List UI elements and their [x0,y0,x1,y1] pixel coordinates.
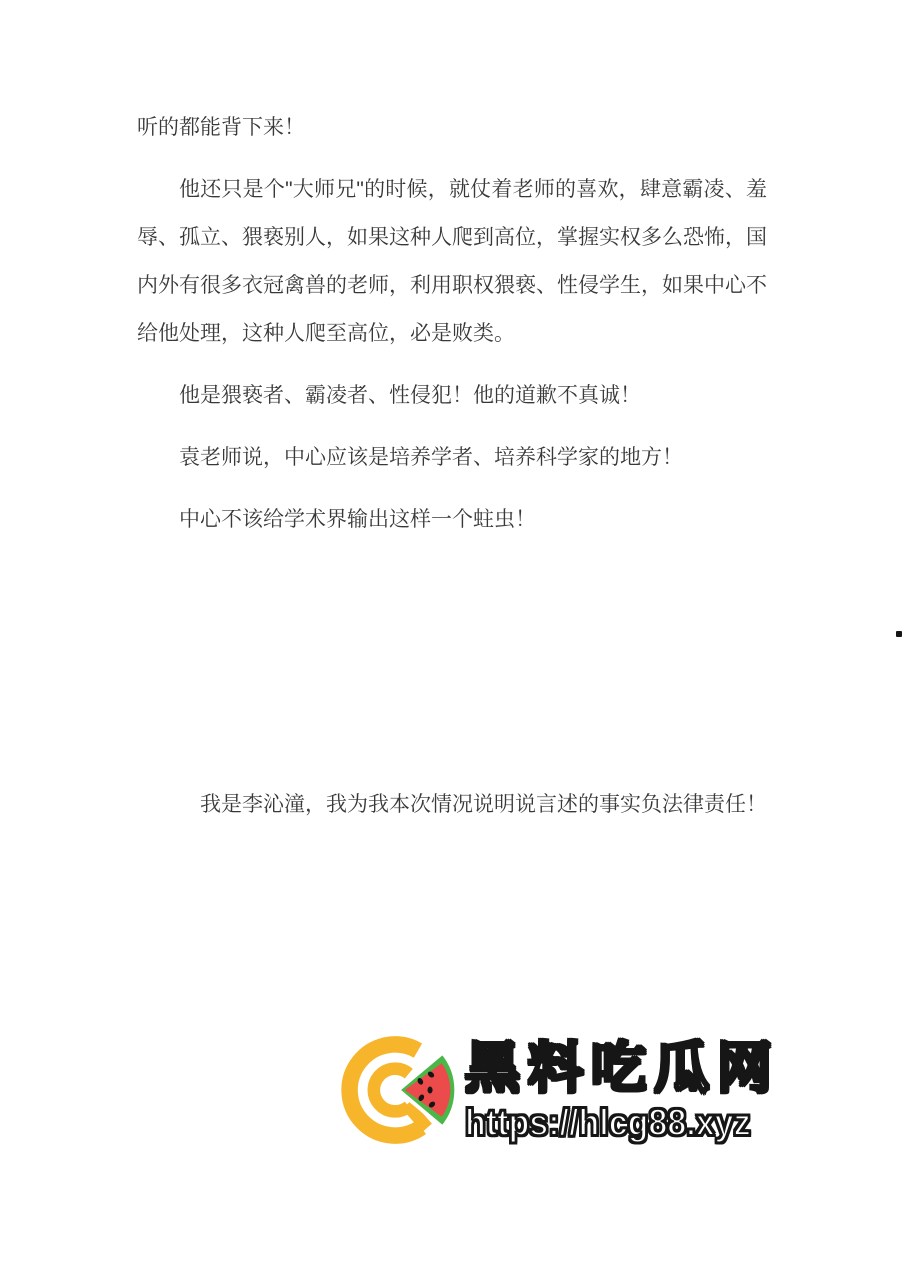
site-watermark: 黑料吃瓜网 https://hlcg88.xyz [337,1026,780,1156]
site-url: https://hlcg88.xyz [465,1100,755,1146]
stray-mark [896,631,902,637]
watermelon-logo-icon [337,1026,463,1156]
watermark-text: 黑料吃瓜网 https://hlcg88.xyz [465,1026,780,1146]
paragraph-5: 中心不该给学术界输出这样一个蛀虫！ [137,496,767,544]
site-name: 黑料吃瓜网 [465,1036,780,1100]
document-body: 听的都能背下来！ 他还只是个"大师兄"的时候，就仗着老师的喜欢，肆意霸凌、羞辱、… [137,104,767,819]
paragraph-3: 他是猥亵者、霸凌者、性侵犯！他的道歉不真诚！ [137,372,767,420]
document-page: 听的都能背下来！ 他还只是个"大师兄"的时候，就仗着老师的喜欢，肆意霸凌、羞辱、… [0,0,904,1280]
paragraph-4: 袁老师说，中心应该是培养学者、培养科学家的地方！ [137,434,767,482]
paragraph-1: 听的都能背下来！ [137,104,767,152]
paragraph-2: 他还只是个"大师兄"的时候，就仗着老师的喜欢，肆意霸凌、羞辱、孤立、猥亵别人，如… [137,166,767,358]
signature-line: 我是李沁潼，我为我本次情况说明说言述的事实负法律责任！ [137,791,767,819]
